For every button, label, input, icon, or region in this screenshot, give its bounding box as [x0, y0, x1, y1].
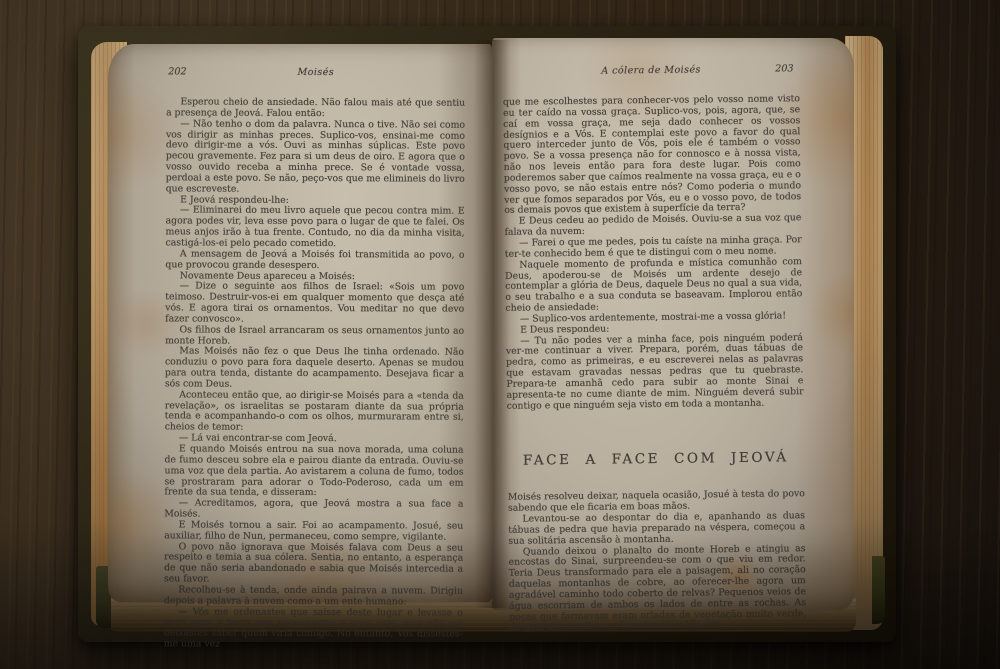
right-page-header: A cólera de Moisés 203: [503, 64, 800, 81]
paragraph: A mensagem de Jeová a Moisés foi transmi…: [165, 249, 464, 272]
section-heading: FACE A FACE COM JEOVÁ: [507, 453, 804, 467]
right-page-body-bottom: Moisés resolveu deixar, naquela ocasião,…: [508, 489, 807, 634]
paragraph: Recolheu-se à tenda, onde ainda pairava …: [164, 585, 463, 608]
paragraph: Mas Moisés não fez o que Deus lhe tinha …: [165, 347, 464, 392]
paragraph: Esperou cheio de ansiedade. Não falou ma…: [166, 97, 465, 120]
paragraph: E Moisés tornou a sair. Foi ao acampamen…: [164, 520, 463, 543]
right-running-header: A cólera de Moisés: [503, 64, 800, 78]
right-page-text: A cólera de Moisés 203 que me escolheste…: [503, 64, 807, 634]
paragraph: — Tu não podes ver a minha face, pois ni…: [506, 333, 804, 413]
right-page-body-top: que me escolhestes para conhecer-vos pel…: [503, 94, 804, 412]
right-page-number: 203: [775, 64, 793, 75]
right-page: A cólera de Moisés 203 que me escolheste…: [492, 38, 854, 610]
paragraph: — Não tenho o dom da palavra. Nunca o ti…: [166, 119, 465, 196]
left-page-body: Esperou cheio de ansiedade. Não falou ma…: [164, 97, 465, 651]
left-page-number: 202: [168, 67, 186, 78]
paragraph: Levantou-se ao despontar do dia e, apanh…: [508, 511, 805, 547]
left-page: 202 Moisés Esperou cheio de ansiedade. N…: [108, 44, 492, 602]
paragraph: — Acreditamos, agora, que Jeová mostra a…: [164, 499, 463, 522]
paragraph: E quando Moisés entrou na sua nova morad…: [164, 444, 463, 500]
paragraph: Quando deixou o planalto do monte Horeb …: [508, 544, 806, 634]
paragraph: — Dize o seguinte aos filhos de Israel: …: [165, 282, 464, 327]
paragraph: — Eliminarei do meu livro aquele que pec…: [165, 206, 464, 251]
paragraph: O povo não ignorava que Moisés falava co…: [164, 542, 463, 587]
left-running-header: Moisés: [166, 67, 465, 79]
photo-of-open-book: 202 Moisés Esperou cheio de ansiedade. N…: [0, 0, 1000, 669]
paragraph: Aconteceu então que, ao dirigir-se Moisé…: [165, 390, 464, 435]
paragraph: Naquele momento de profunda e mística co…: [505, 257, 803, 315]
left-page-text: 202 Moisés Esperou cheio de ansiedade. N…: [164, 67, 466, 651]
paragraph: que me escolhestes para conhecer-vos pel…: [503, 94, 801, 217]
paragraph: — Vós me ordenastes que saísse deste lug…: [164, 607, 463, 652]
cover-corner-bottom-right: [872, 556, 885, 624]
left-page-header: 202 Moisés: [166, 67, 465, 81]
